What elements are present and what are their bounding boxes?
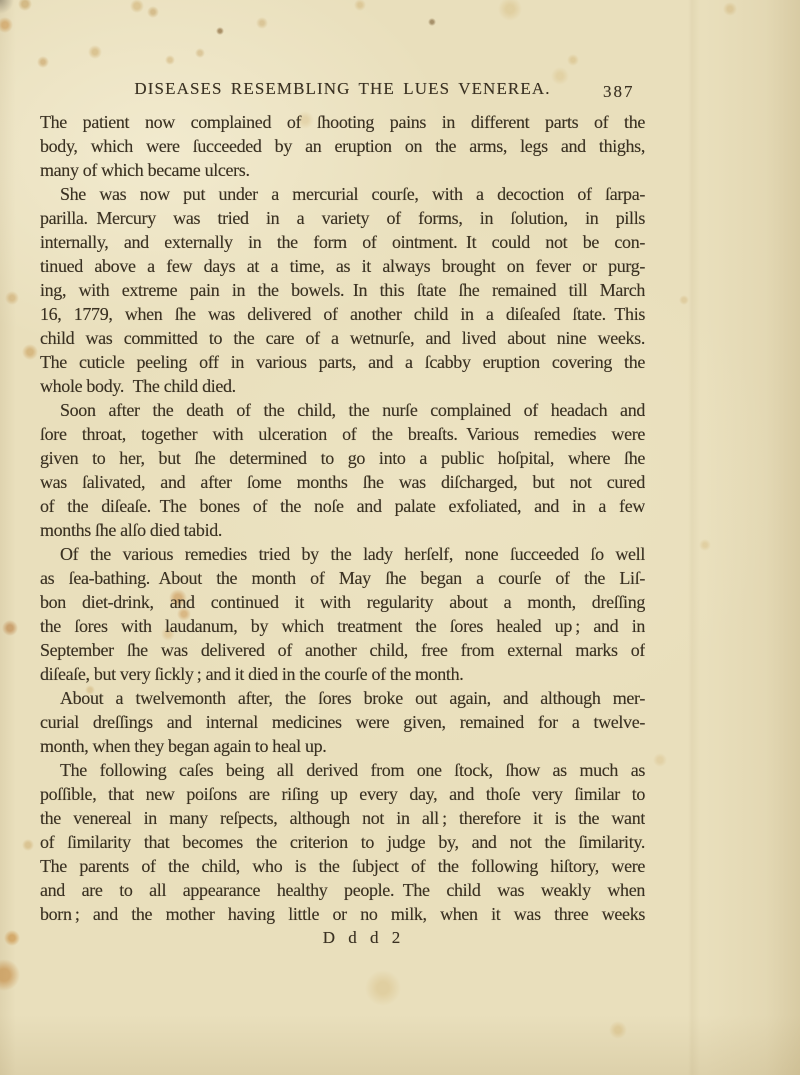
text-line: The following caſes being all derived fr… [40, 758, 645, 782]
text-line: About a twelvemonth after, the ſores bro… [40, 686, 645, 710]
text-line: 16, 1779, when ſhe was delivered of anot… [40, 302, 645, 326]
text-line: The patient now complained of ſhooting p… [40, 110, 645, 134]
text-line: child was committed to the care of a wet… [40, 326, 645, 350]
text-line: of ſimilarity that becomes the criterion… [40, 830, 645, 854]
text-line: and are to all appearance healthy people… [40, 878, 645, 902]
book-page: DISEASES RESEMBLING THE LUES VENEREA. 38… [0, 0, 800, 1075]
text-line: parilla. Mercury was tried in a variety … [40, 206, 645, 230]
text-line: Of the various remedies tried by the lad… [40, 542, 645, 566]
text-line: bon diet-drink, and continued it with re… [40, 590, 645, 614]
paragraph: Soon after the death of the child, the n… [40, 398, 645, 542]
running-head-title: DISEASES RESEMBLING THE LUES VENEREA. [40, 78, 645, 100]
text-line: months ſhe alſo died tabid. [40, 518, 645, 542]
text-line: of the diſeaſe. The bones of the noſe an… [40, 494, 645, 518]
text-line: as ſea-bathing. About the month of May ſ… [40, 566, 645, 590]
text-line: curial dreſſings and internal medicines … [40, 710, 645, 734]
text-line: born ; and the mother having little or n… [40, 902, 645, 926]
text-line: ſore throat, together with ulceration of… [40, 422, 645, 446]
text-line: internally, and externally in the form o… [40, 230, 645, 254]
paragraph: The following caſes being all derived fr… [40, 758, 645, 926]
paragraph: About a twelvemonth after, the ſores bro… [40, 686, 645, 758]
text-line: She was now put under a mercurial courſe… [40, 182, 645, 206]
page-number: 387 [603, 81, 635, 103]
text-line: body, which were ſucceeded by an eruptio… [40, 134, 645, 158]
text-line: The parents of the child, who is the ſub… [40, 854, 645, 878]
text-line: whole body. The child died. [40, 374, 645, 398]
paragraph: She was now put under a mercurial courſe… [40, 182, 645, 398]
page-body: The patient now complained of ſhooting p… [40, 110, 645, 926]
text-line: diſeaſe, but very ſickly ; and it died i… [40, 662, 645, 686]
text-line: was ſalivated, and after ſome months ſhe… [40, 470, 645, 494]
text-line: tinued above a few days at a time, as it… [40, 254, 645, 278]
text-line: many of which became ulcers. [40, 158, 645, 182]
text-line: given to her, but ſhe determined to go i… [40, 446, 645, 470]
signature-mark: D d d 2 [40, 926, 645, 950]
text-line: ing, with extreme pain in the bowels. In… [40, 278, 645, 302]
text-line: Soon after the death of the child, the n… [40, 398, 645, 422]
text-line: The cuticle peeling off in various parts… [40, 350, 645, 374]
paragraph: The patient now complained of ſhooting p… [40, 110, 645, 182]
text-line: poſſible, that new poiſons are riſing up… [40, 782, 645, 806]
text-line: the venereal in many reſpects, although … [40, 806, 645, 830]
text-line: September ſhe was delivered of another c… [40, 638, 645, 662]
paragraph: Of the various remedies tried by the lad… [40, 542, 645, 686]
text-line: the ſores with laudanum, by which treatm… [40, 614, 645, 638]
text-line: month, when they began again to heal up. [40, 734, 645, 758]
